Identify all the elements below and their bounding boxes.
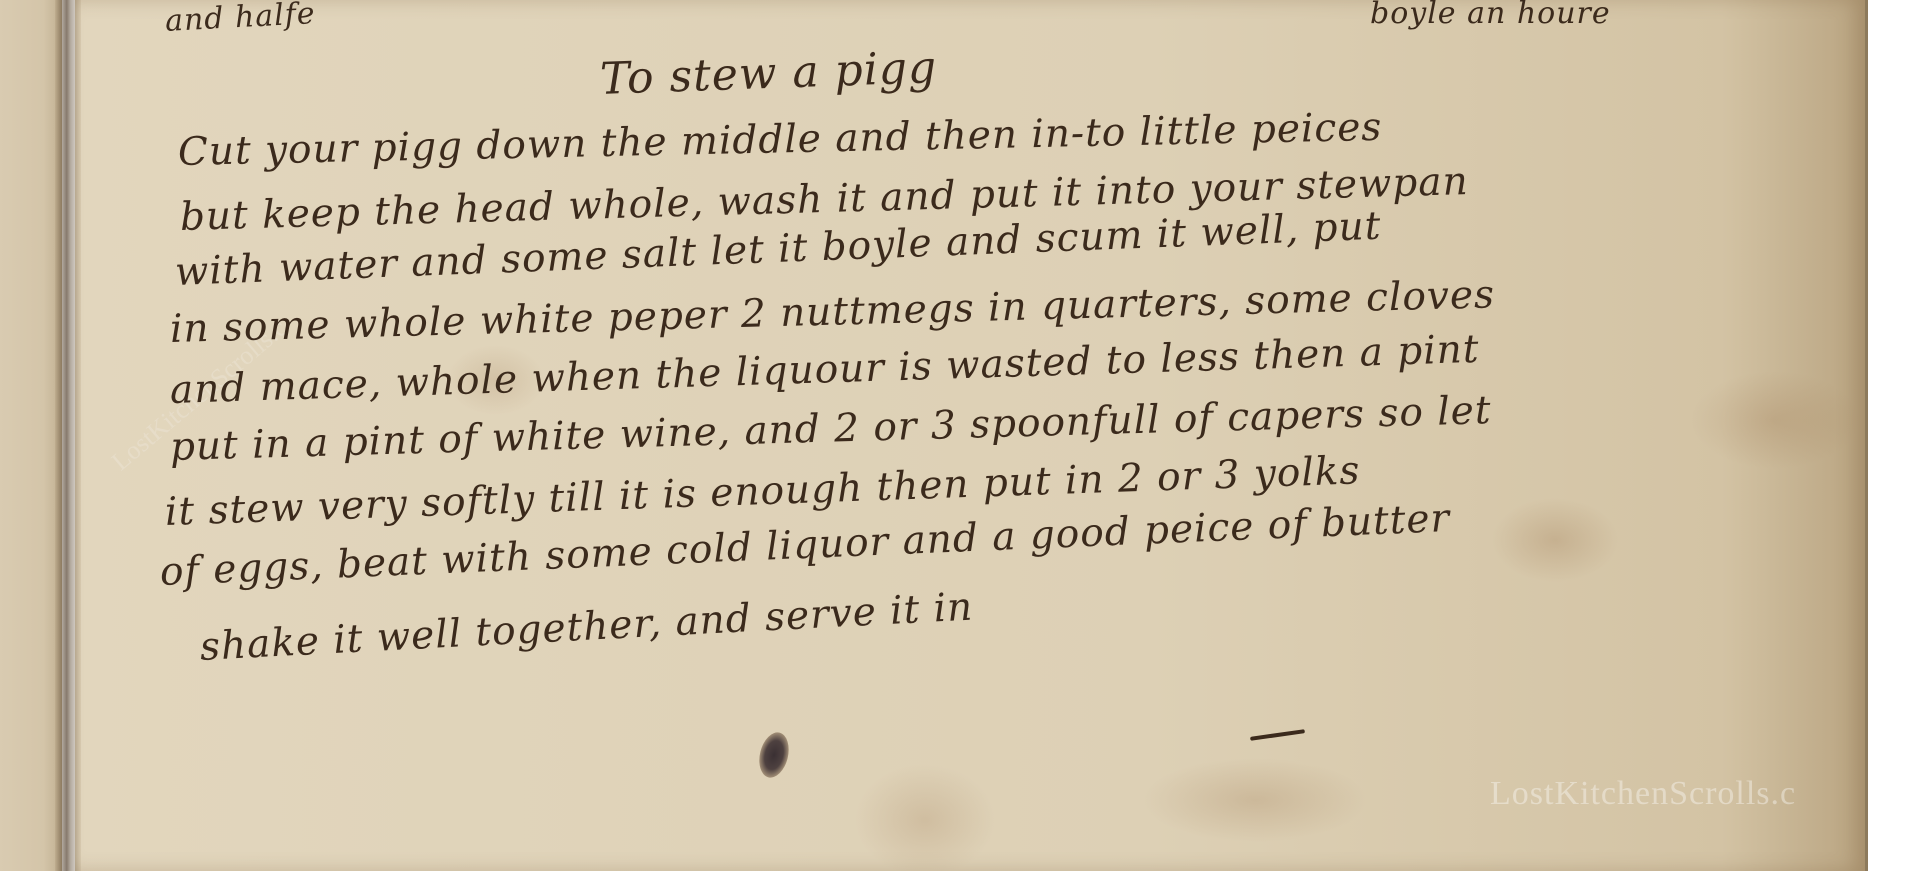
left-page-margin [0,0,62,871]
previous-recipe-fragment-right: boyle an houre [1370,0,1611,31]
book-gutter [55,0,81,871]
watermark: LostKitchenScrolls.c [1490,775,1796,813]
